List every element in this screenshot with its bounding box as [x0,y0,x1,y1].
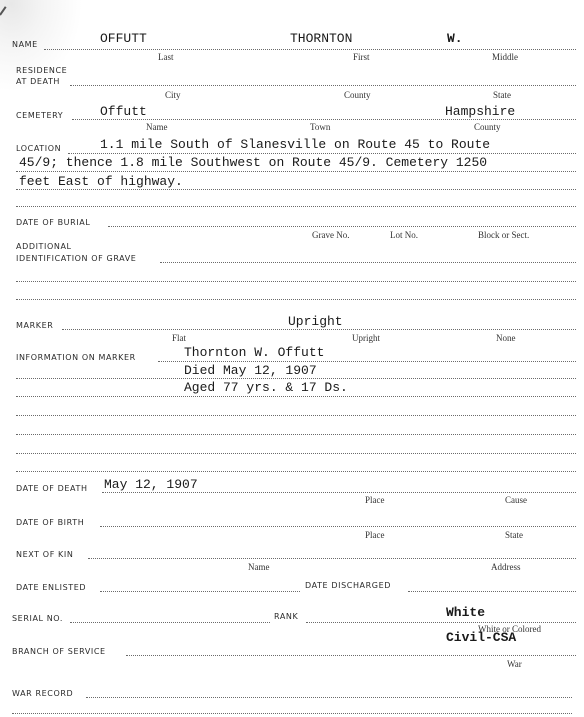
additional-line-3 [16,299,576,300]
kin-sub-name: Name [248,562,270,572]
marker-sub-none: None [496,333,516,343]
marker-sub-upright: Upright [352,333,380,343]
war-value: Civil-CSA [446,631,516,645]
race-value: White [446,606,485,620]
marker-info-text-1: Thornton W. Offutt [184,346,324,360]
location-line-2 [16,171,576,172]
birth-sub-place: Place [365,530,385,540]
rank-line [306,622,576,623]
name-first-value: THORNTON [290,32,352,46]
birth-line [100,526,576,527]
marker-label: MARKER [16,321,53,331]
death-label: DATE OF DEATH [16,484,88,494]
rank-label: RANK [274,612,298,622]
war-sub: War [507,659,522,669]
branch-label: BRANCH OF SERVICE [12,647,106,657]
name-line [44,49,576,50]
war-record-line-1 [86,697,572,698]
additional-label-1: ADDITIONAL [16,242,72,252]
cemetery-line [72,119,576,120]
marker-info-label: INFORMATION ON MARKER [16,353,136,363]
location-text-1: 1.1 mile South of Slanesville on Route 4… [100,138,490,152]
discharged-line [408,591,576,592]
branch-line [126,655,576,656]
name-sub-middle: Middle [492,52,518,62]
death-sub-place: Place [365,495,385,505]
marker-info-text-2: Died May 12, 1907 [184,364,317,378]
cemetery-label: CEMETERY [16,111,63,121]
location-line-3 [16,189,576,190]
serial-line [70,622,270,623]
discharged-label: DATE DISCHARGED [305,581,391,591]
kin-label: NEXT OF KIN [16,550,73,560]
residence-sub-county: County [344,90,371,100]
name-sub-first: First [353,52,370,62]
marker-info-line-4 [16,415,576,416]
burial-label: DATE OF BURIAL [16,218,90,228]
birth-label: DATE OF BIRTH [16,518,84,528]
residence-sub-city: City [165,90,181,100]
enlisted-line [100,591,300,592]
name-sub-last: Last [158,52,174,62]
marker-info-line-3 [16,396,576,397]
residence-line [70,85,576,86]
cemetery-sub-county: County [474,122,501,132]
serial-label: SERIAL NO. [12,614,63,624]
marker-info-line-5 [16,434,576,435]
death-line [102,492,576,493]
kin-line [88,558,576,559]
birth-sub-state: State [505,530,523,540]
residence-label-1: RESIDENCE [16,66,67,76]
residence-sub-state: State [493,90,511,100]
cemetery-name-value: Offutt [100,105,147,119]
marker-line [62,329,576,330]
cemetery-sub-name: Name [146,122,168,132]
location-text-3: feet East of highway. [19,175,183,189]
kin-sub-address: Address [491,562,521,572]
marker-info-line-6 [16,453,576,454]
enlisted-label: DATE ENLISTED [16,583,86,593]
burial-sub-grave: Grave No. [312,230,350,240]
marker-info-line-1 [158,361,576,362]
burial-sub-lot: Lot No. [390,230,418,240]
grave-registration-form: NAME OFFUTT THORNTON W. Last First Middl… [0,0,584,717]
marker-info-text-3: Aged 77 yrs. & 17 Ds. [184,381,348,395]
name-last-value: OFFUTT [100,32,147,46]
name-label: NAME [12,40,38,50]
burial-line [108,226,576,227]
additional-line-2 [16,281,576,282]
location-text-2: 45/9; thence 1.8 mile Southwest on Route… [19,156,487,170]
death-sub-cause: Cause [505,495,527,505]
location-line-1 [68,153,576,154]
cemetery-county-value: Hampshire [445,105,515,119]
pencil-mark [0,6,7,15]
marker-sub-flat: Flat [172,333,186,343]
location-label: LOCATION [16,144,61,154]
death-value: May 12, 1907 [104,478,198,492]
war-record-label: WAR RECORD [12,689,73,699]
war-record-line-2 [12,713,572,714]
marker-info-line-7 [16,471,576,472]
cemetery-sub-town: Town [310,122,330,132]
name-middle-value: W. [447,32,463,46]
residence-label-2: AT DEATH [16,77,60,87]
burial-sub-block: Block or Sect. [478,230,529,240]
additional-line-1 [160,262,576,263]
marker-info-line-2 [16,378,576,379]
additional-label-2: IDENTIFICATION OF GRAVE [16,254,136,264]
marker-value: Upright [288,315,343,329]
location-line-4 [16,206,576,207]
